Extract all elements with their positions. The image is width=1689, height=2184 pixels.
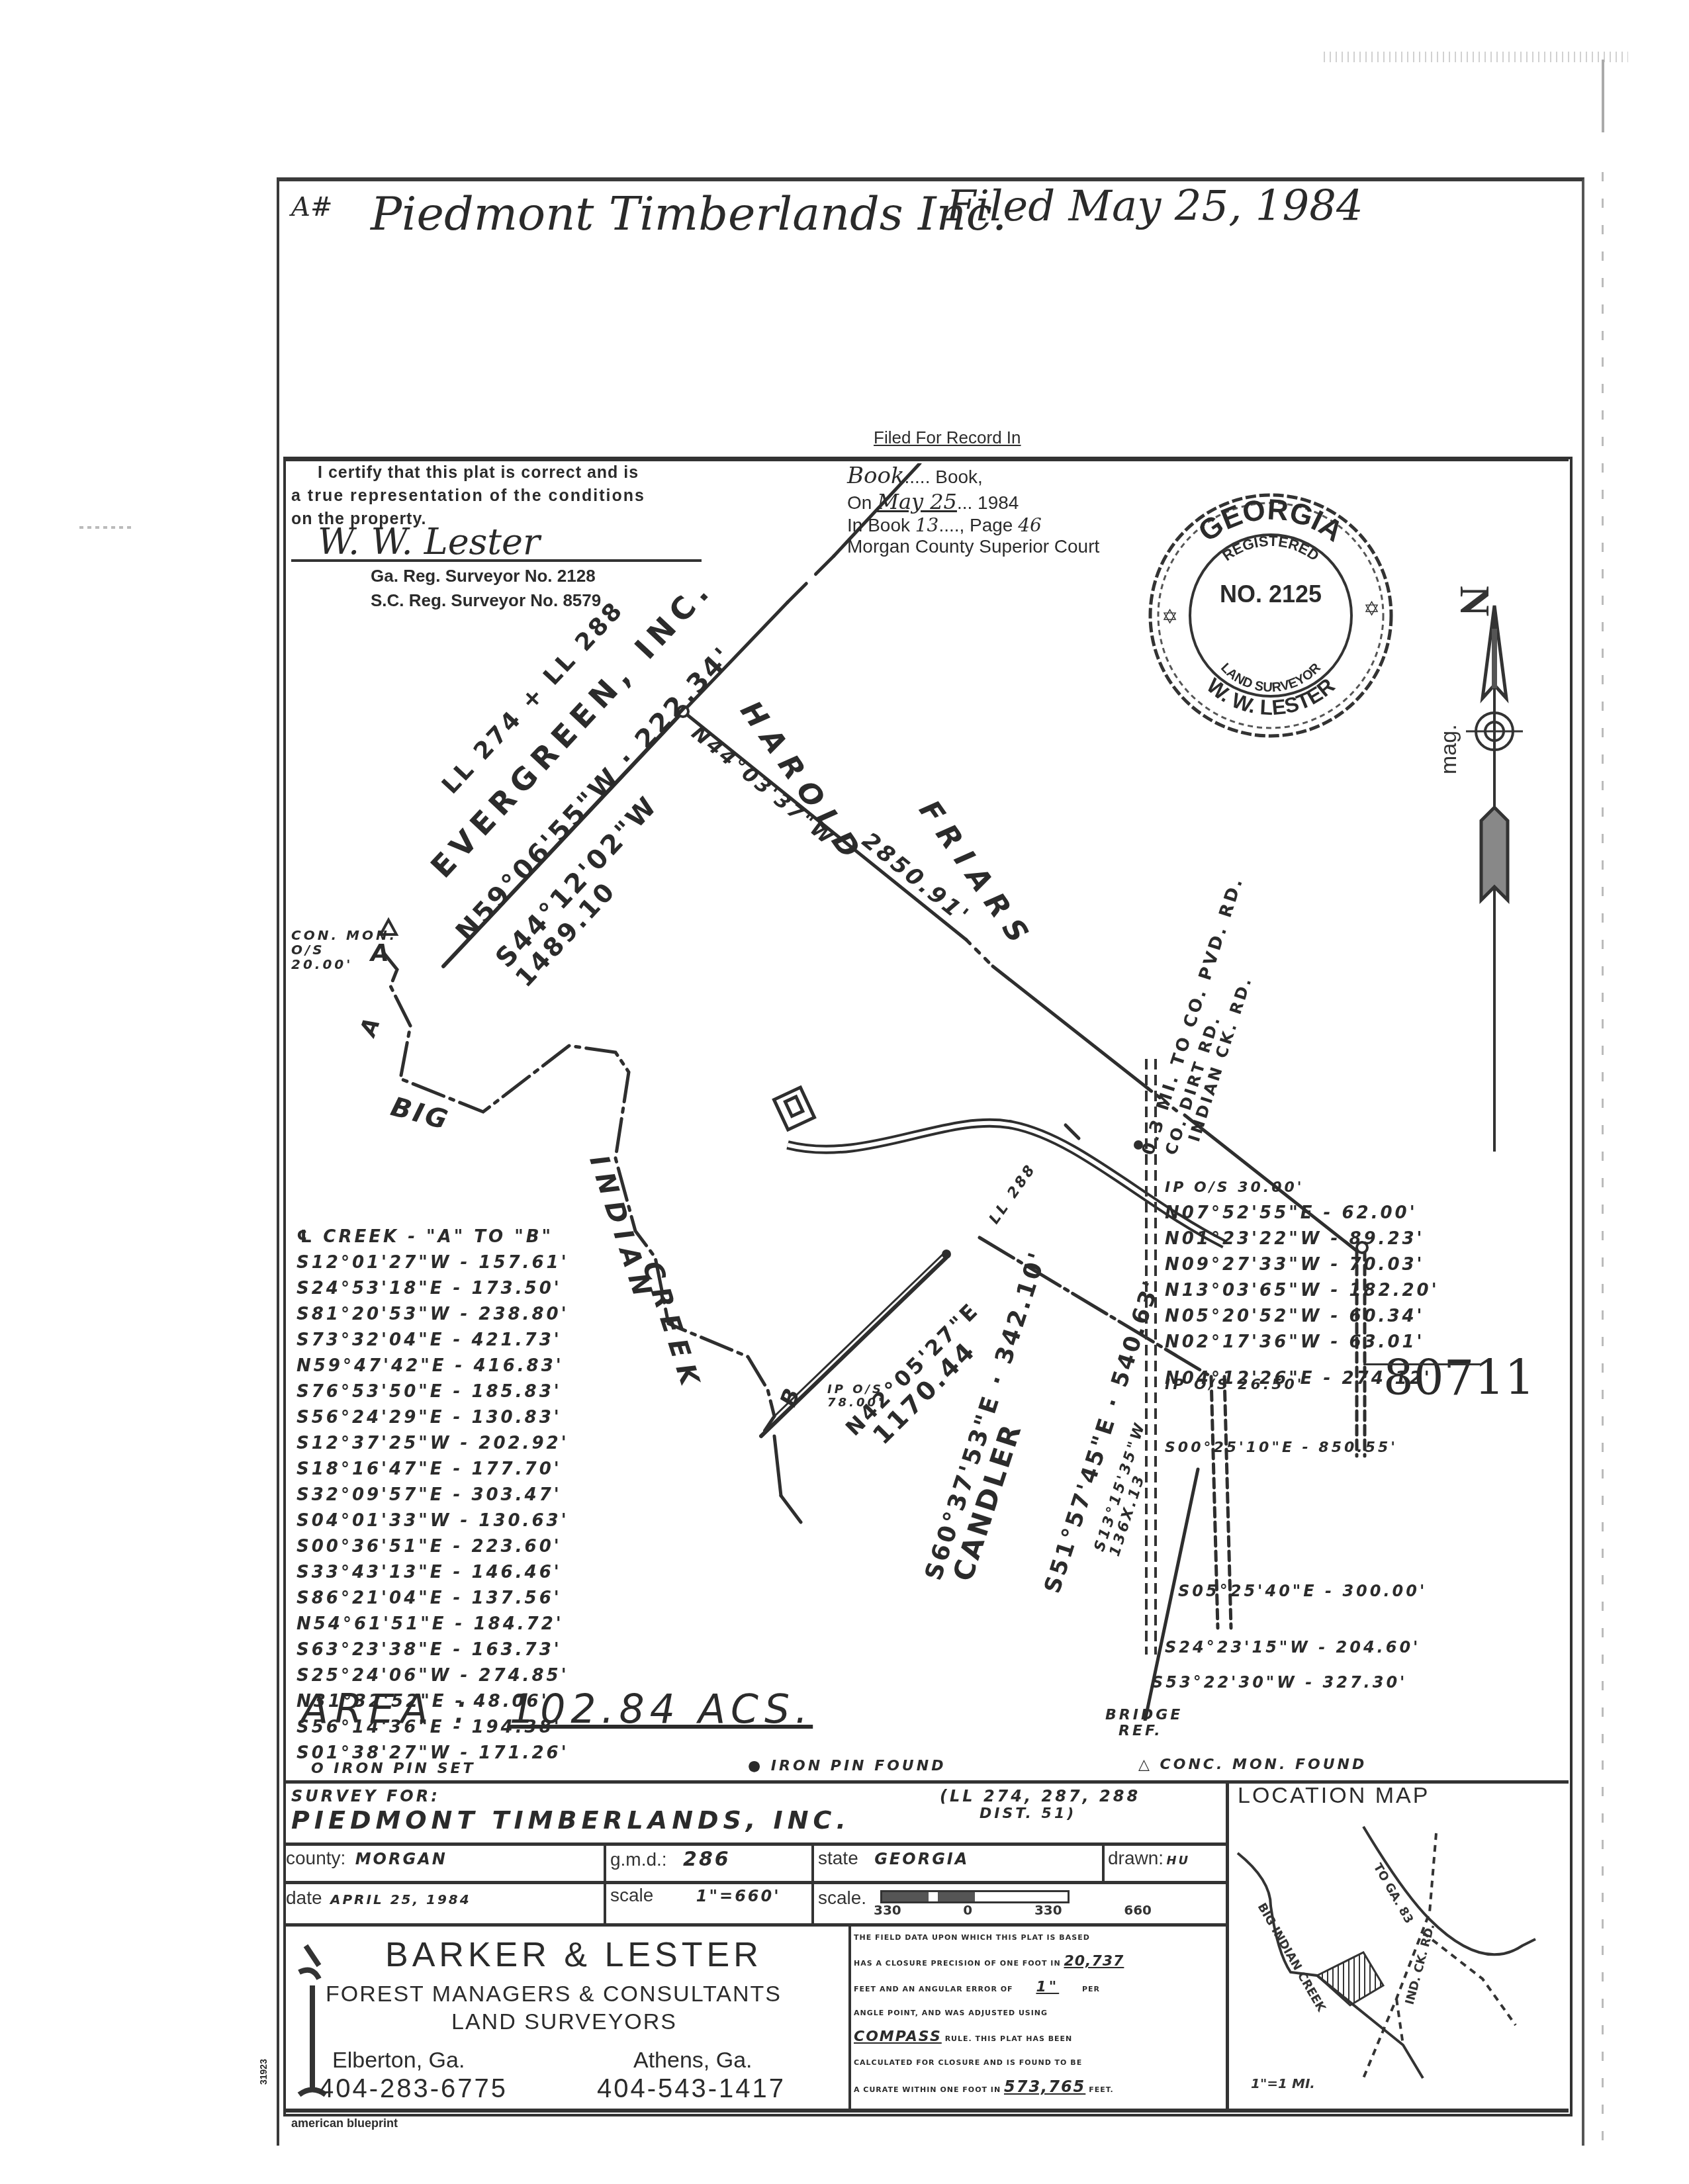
state-label: state — [818, 1848, 858, 1868]
closure-line-4: ANGLE POINT, AND WAS ADJUSTED USING — [854, 2001, 1222, 2025]
office-2-city: Athens, Ga. — [633, 2048, 753, 2073]
road-call: N09°27'33"W - 70.03' — [1165, 1252, 1439, 1278]
road-call: N05°20'52"W - 60.34' — [1165, 1304, 1439, 1330]
road-ip-top: IP O/S 30.00' — [1165, 1175, 1439, 1201]
record-number-rule — [1363, 1363, 1483, 1365]
creek-calls: ℄ CREEK - "A" TO "B" S12°01'27"W - 157.6… — [297, 1224, 569, 1766]
creek-call: S04°01'33"W - 130.63' — [297, 1508, 569, 1534]
creek-call: S86°21'04"E - 137.56' — [297, 1586, 569, 1612]
closure-line-7-text: A CURATE WITHIN ONE FOOT IN — [854, 2085, 1001, 2094]
drawn-label: drawn: — [1108, 1848, 1164, 1868]
title-block-bottom-rule — [285, 2109, 1569, 2113]
closure-line-5-text: RULE. THIS PLAT HAS BEEN — [945, 2034, 1073, 2043]
county-value: MORGAN — [355, 1850, 447, 1868]
bridge-ref-text: REF. — [1105, 1723, 1183, 1739]
label-bridge: BRIDGE REF. — [1105, 1707, 1183, 1739]
road-call: N01°23'22"W - 89.23' — [1165, 1226, 1439, 1252]
creek-call: S76°53'50"E - 185.83' — [297, 1379, 569, 1405]
firm-service: LAND SURVEYORS — [451, 2009, 677, 2035]
road-lower-call-1: S00°25'10"E - 850.55' — [1165, 1439, 1398, 1456]
gmd-cell: g.m.d.: 286 — [610, 1848, 731, 1871]
closure-line-3: FEET AND AN ANGULAR ERROR OF 1" PER — [854, 1976, 1222, 2001]
loc-scale: 1"=1 MI. — [1251, 2075, 1315, 2091]
creek-call: S73°32'04"E - 421.73' — [297, 1328, 569, 1353]
annotation-mark: A# — [291, 192, 332, 222]
ip-os-b-dist: 78.00' — [827, 1396, 884, 1410]
ip-os-b-text: IP O/S — [827, 1383, 884, 1396]
area-label: AREA : — [301, 1686, 474, 1733]
title-col-rule-1 — [604, 1843, 606, 1925]
firm-tagline: FOREST MANAGERS & CONSULTANTS — [326, 1981, 782, 2007]
closure-line-3-text: FEET AND AN ANGULAR ERROR OF — [854, 1985, 1013, 1993]
road-lower-call-4: S53°22'30"W - 327.30' — [1152, 1673, 1407, 1692]
scale-tick: 660 — [1124, 1902, 1152, 1918]
creek-call: N59°47'42"E - 416.83' — [297, 1353, 569, 1379]
creek-call: S63°23'38"E - 163.73' — [297, 1637, 569, 1663]
closure-line-5: COMPASS RULE. THIS PLAT HAS BEEN — [854, 2025, 1222, 2051]
drawn-value: HU — [1167, 1854, 1191, 1868]
closure-precision: 20,737 — [1064, 1953, 1124, 1970]
area-value: 102.84 ACS. — [510, 1686, 813, 1733]
county-cell: county: MORGAN — [286, 1848, 447, 1869]
legend-iron-pin-set: O IRON PIN SET — [311, 1760, 476, 1777]
creek-calls-heading: ℄ CREEK - "A" TO "B" — [297, 1224, 569, 1250]
road-lower-call-2: S05°25'40"E - 300.00' — [1178, 1582, 1427, 1600]
loc-road-label: IND. CK. RD. — [1403, 1922, 1438, 2006]
loc-creek-label: BIG INDIAN CREEK — [1255, 1901, 1329, 2015]
scan-artifact — [1602, 172, 1604, 2158]
handwritten-filed-date: Filed May 25, 1984 — [946, 182, 1363, 231]
closure-line-7: A CURATE WITHIN ONE FOOT IN 573,765 FEET… — [854, 2075, 1222, 2102]
road-call: N13°03'65"W - 182.20' — [1165, 1278, 1439, 1304]
creek-call: S25°24'06"W - 274.85' — [297, 1663, 569, 1689]
scale-tick: 0 — [963, 1902, 972, 1918]
scale-value: 1"=660' — [696, 1887, 781, 1905]
title-row-rule-2 — [285, 1881, 1226, 1884]
state-cell: state GEORGIA — [818, 1848, 969, 1869]
creek-call: S18°16'47"E - 177.70' — [297, 1457, 569, 1482]
creek-call: S24°53'18"E - 173.50' — [297, 1276, 569, 1302]
location-map: TO GA. 83 BIG INDIAN CREEK IND. CK. RD. … — [1231, 1813, 1562, 2105]
scan-artifact — [1324, 52, 1628, 62]
scale-label: scale — [610, 1885, 653, 1905]
date-label: date — [286, 1888, 322, 1908]
office-1-city: Elberton, Ga. — [332, 2048, 465, 2073]
title-col-rule-4 — [848, 1923, 851, 2111]
scale-cell: scale 1"=660' — [610, 1885, 781, 1906]
office-1-phone: 404-283-6775 — [319, 2074, 508, 2104]
gmd-value: 286 — [683, 1848, 731, 1871]
closure-rule: COMPASS — [854, 2028, 942, 2045]
closure-per: PER — [1082, 1985, 1100, 1993]
graphic-scale-cell: scale. — [818, 1888, 866, 1909]
scan-artifact — [1602, 60, 1604, 132]
handwritten-record-number: 80711 — [1383, 1350, 1535, 1406]
label-ip-os-b: IP O/S 78.00' — [827, 1383, 884, 1410]
title-row-rule-1 — [285, 1843, 1226, 1846]
road-call: N07°52'55"E - 62.00' — [1165, 1201, 1439, 1226]
office-2-phone: 404-543-1417 — [597, 2074, 786, 2104]
road-dashes — [1138, 1059, 1165, 1694]
closure-certificate: THE FIELD DATA UPON WHICH THIS PLAT IS B… — [854, 1926, 1222, 2102]
scan-artifact — [79, 526, 132, 529]
firm-block: BARKER & LESTER FOREST MANAGERS & CONSUL… — [286, 1926, 848, 2111]
printer-imprint: american blueprint — [291, 2116, 398, 2130]
title-block-divider-v — [1226, 1780, 1229, 2111]
scale-tick: 330 — [874, 1902, 901, 1918]
road-ip-bottom: IP O/S 26.50' — [1165, 1377, 1304, 1393]
creek-call: S33°43'13"E - 146.46' — [297, 1560, 569, 1586]
bridge-text: BRIDGE — [1105, 1707, 1183, 1723]
graphic-scale-label: scale. — [818, 1888, 866, 1908]
title-col-rule-3 — [1102, 1844, 1105, 1881]
drawn-cell: drawn: HU — [1108, 1848, 1190, 1869]
title-col-rule-2 — [811, 1843, 814, 1925]
scale-tick: 330 — [1034, 1902, 1062, 1918]
recording-heading: Filed For Record In — [847, 428, 1218, 448]
closure-line-6: CALCULATED FOR CLOSURE AND IS FOUND TO B… — [854, 2051, 1222, 2075]
location-map-title: LOCATION MAP — [1238, 1783, 1430, 1809]
closure-line-2-text: HAS A CLOSURE PRECISION OF ONE FOOT IN — [854, 1959, 1061, 1968]
date-cell: date APRIL 25, 1984 — [286, 1888, 471, 1909]
date-value: APRIL 25, 1984 — [330, 1891, 471, 1907]
handwritten-title: Piedmont Timberlands Inc. — [371, 187, 1007, 241]
closure-line-2: HAS A CLOSURE PRECISION OF ONE FOOT IN 2… — [854, 1950, 1222, 1976]
firm-side-number: 31923 — [258, 2059, 269, 2085]
gmd-label: g.m.d.: — [610, 1849, 667, 1870]
firm-name: BARKER & LESTER — [385, 1935, 762, 1975]
point-a-label: A — [371, 940, 392, 967]
district: DIST. 51) — [980, 1805, 1076, 1822]
closure-angular: 1" — [1016, 1979, 1079, 1995]
creek-call: S12°01'27"W - 157.61' — [297, 1250, 569, 1276]
iron-pin-found — [942, 1250, 951, 1259]
creek-call: S81°20'53"W - 238.80' — [297, 1302, 569, 1328]
graphic-scale-ticks: 3300330660 — [874, 1902, 1152, 1918]
creek-call: S32°09'57"E - 303.47' — [297, 1482, 569, 1508]
closure-feet: 573,765 — [1004, 2077, 1085, 2096]
land-lots: (LL 274, 287, 288 — [940, 1787, 1140, 1805]
creek-call: S56°24'29"E - 130.83' — [297, 1405, 569, 1431]
state-value: GEORGIA — [874, 1850, 969, 1868]
creek-call: S00°36'51"E - 223.60' — [297, 1534, 569, 1560]
closure-feet-label: FEET. — [1089, 2085, 1114, 2094]
legend-conc-mon-found: △ CONC. MON. FOUND — [1138, 1756, 1367, 1773]
house-icon — [774, 1087, 814, 1130]
creek-call: N54°61'51"E - 184.72' — [297, 1612, 569, 1637]
survey-for-label: SURVEY FOR: — [291, 1787, 440, 1805]
client-name: PIEDMONT TIMBERLANDS, INC. — [291, 1805, 850, 1835]
road-lower-call-3: S24°23'15"W - 204.60' — [1165, 1638, 1420, 1657]
closure-line-1: THE FIELD DATA UPON WHICH THIS PLAT IS B… — [854, 1926, 1222, 1950]
graphic-scale-bar — [880, 1890, 1070, 1903]
legend-iron-pin-found: ● IRON PIN FOUND — [748, 1758, 946, 1774]
creek-call: S12°37'25"W - 202.92' — [297, 1431, 569, 1457]
county-label: county: — [286, 1848, 345, 1868]
